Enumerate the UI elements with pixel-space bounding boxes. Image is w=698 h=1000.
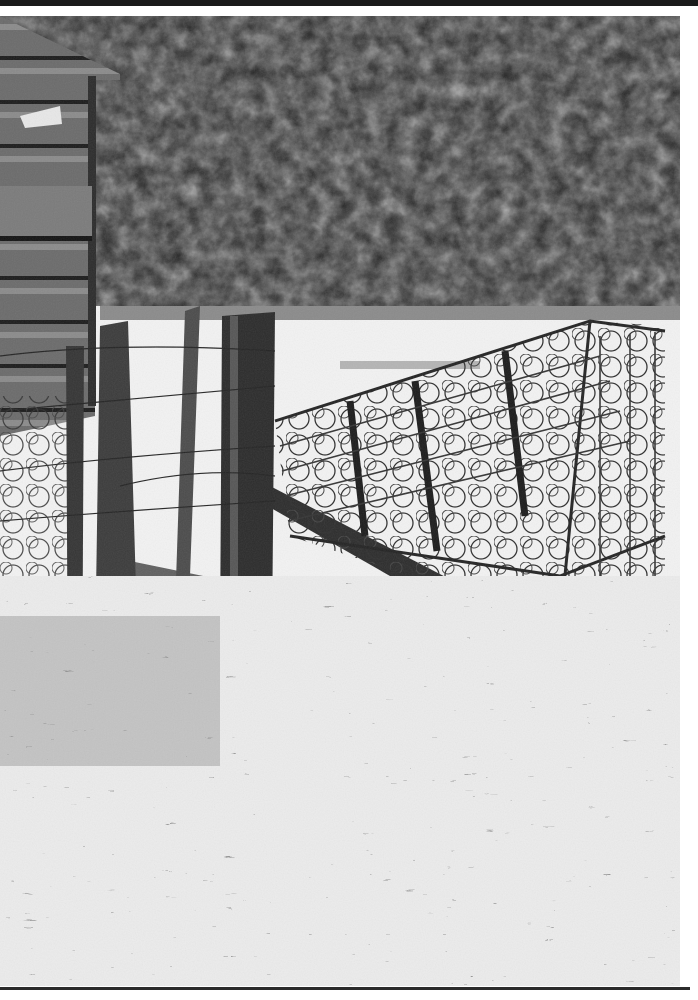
photo-print xyxy=(0,0,698,1000)
photo-scene xyxy=(0,16,680,986)
photograph xyxy=(0,16,680,986)
scan-edge-strip xyxy=(0,0,698,6)
scan-bottom-edge xyxy=(0,987,690,990)
